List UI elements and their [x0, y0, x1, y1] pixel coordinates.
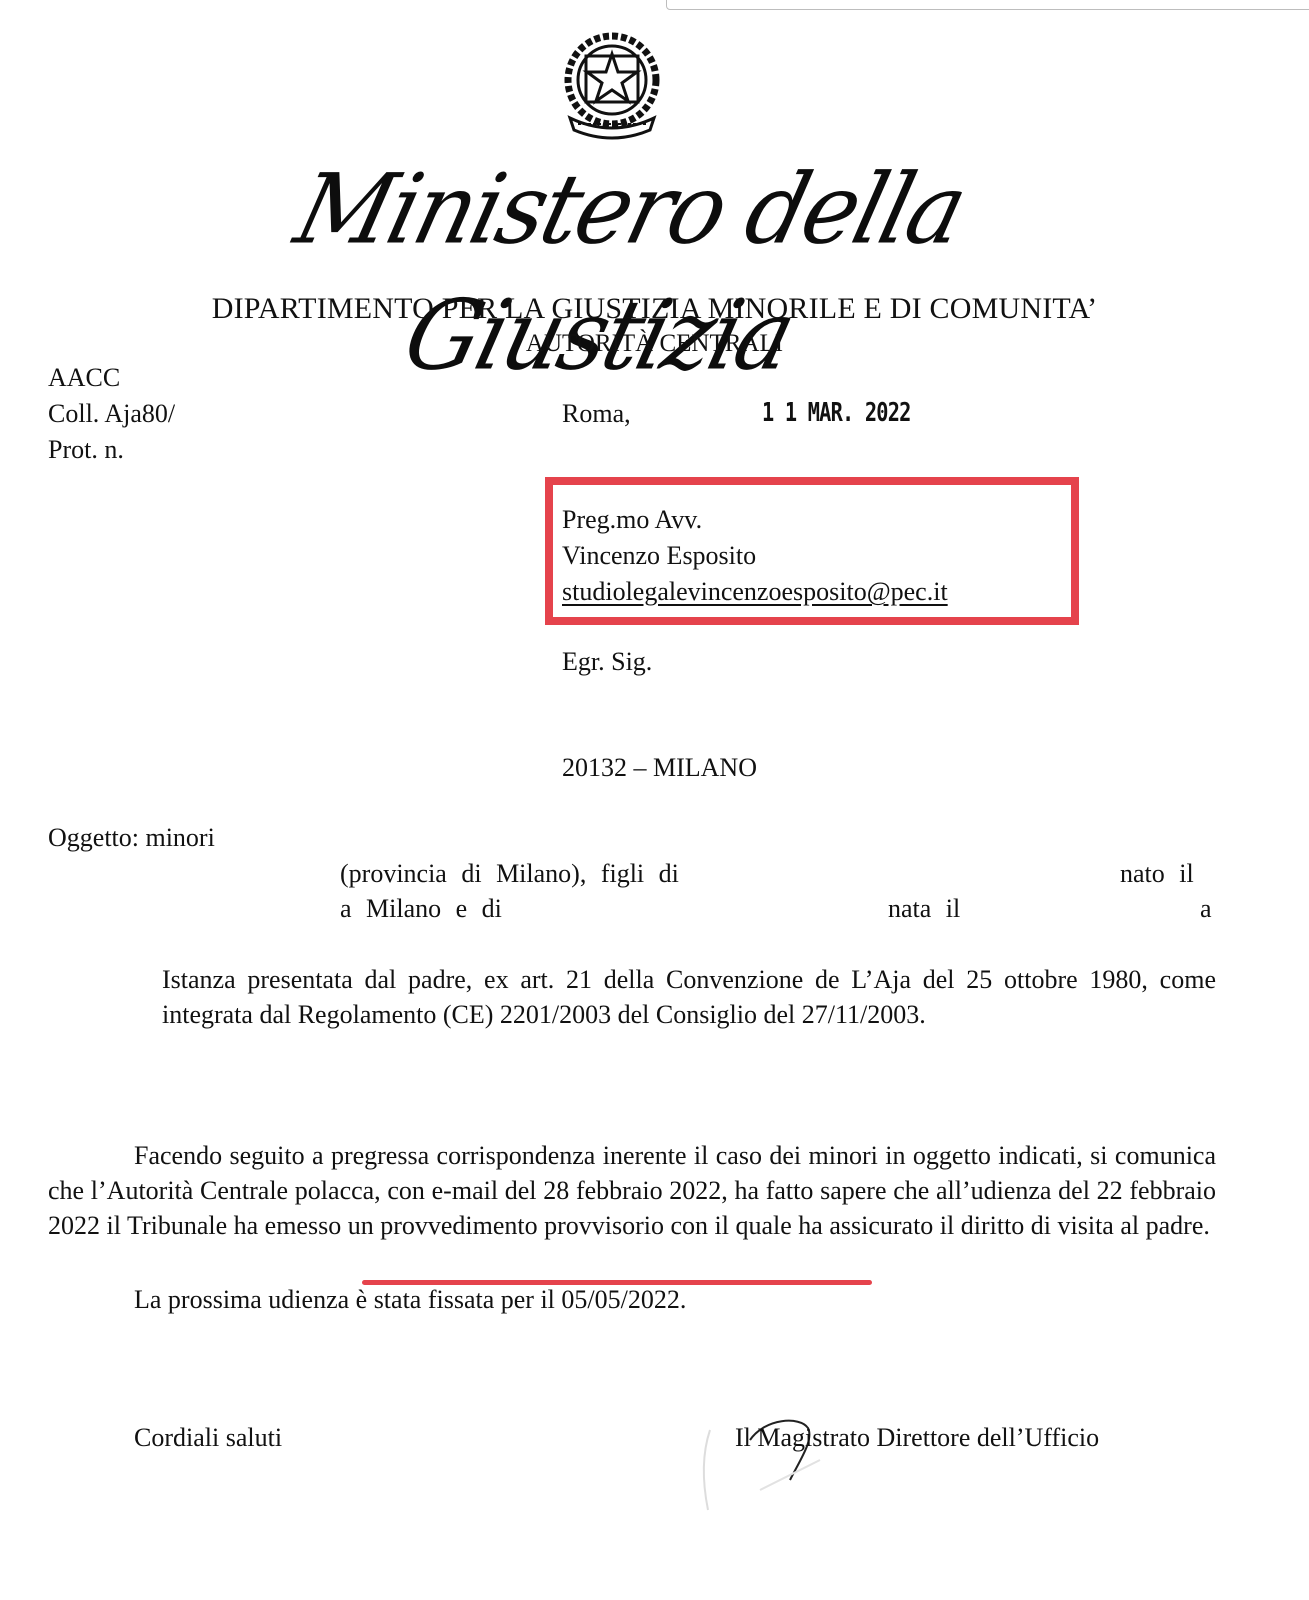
reference-prot: Prot. n. — [48, 432, 124, 468]
second-recipient-salutation: Egr. Sig. — [562, 644, 652, 680]
subject-line-2b: nato il — [1120, 856, 1194, 892]
redacted-subject-names — [260, 820, 1220, 854]
subject-line-2a: (provincia di Milano), figli di — [340, 856, 679, 892]
second-recipient-city: 20132 – MILANO — [562, 750, 757, 786]
recipient-email-link[interactable]: studiolegalevincenzoesposito@pec.it — [562, 574, 948, 610]
reference-coll-label: Coll. Aja80/ — [48, 399, 175, 428]
recipient-name: Vincenzo Esposito — [562, 538, 756, 574]
body-paragraph-2: La prossima udienza è stata fissata per … — [134, 1282, 686, 1318]
redacted-field — [175, 396, 265, 432]
subject-line-3c: a — [1200, 891, 1212, 927]
reference-aacc: AACC — [48, 360, 120, 396]
office-name: AUTORITÀ CENTRALI — [0, 330, 1309, 358]
subject-request: Istanza presentata dal padre, ex art. 21… — [162, 962, 1216, 1032]
window-frame-edge — [666, 0, 1309, 10]
subject-label: Oggetto: minori — [48, 820, 215, 856]
department-name: DIPARTIMENTO PER LA GIUSTIZIA MINORILE E… — [0, 292, 1309, 326]
recipient-title: Preg.mo Avv. — [562, 502, 702, 538]
subject-line-3a: a Milano e di — [340, 891, 502, 927]
redacted-recipient-address — [562, 716, 792, 750]
date-stamp: 1 1 MAR. 2022 — [762, 398, 911, 428]
reference-coll: Coll. Aja80/ — [48, 396, 265, 432]
redacted-recipient-name — [562, 680, 822, 714]
closing-signatory: Il Magistrato Direttore dell’Ufficio — [735, 1420, 1099, 1456]
republic-emblem-icon — [556, 26, 668, 140]
body-paragraph-1: Facendo seguito a pregressa corrisponden… — [48, 1138, 1216, 1243]
date-place: Roma, — [562, 396, 631, 432]
body-paragraph-1-highlight: ha assicurato il diritto di visita al pa… — [798, 1211, 1210, 1240]
ministry-title: Ministero della Giustizia — [164, 147, 1095, 273]
subject-line-3b: nata il — [888, 891, 960, 927]
closing-greeting: Cordiali saluti — [134, 1420, 282, 1456]
